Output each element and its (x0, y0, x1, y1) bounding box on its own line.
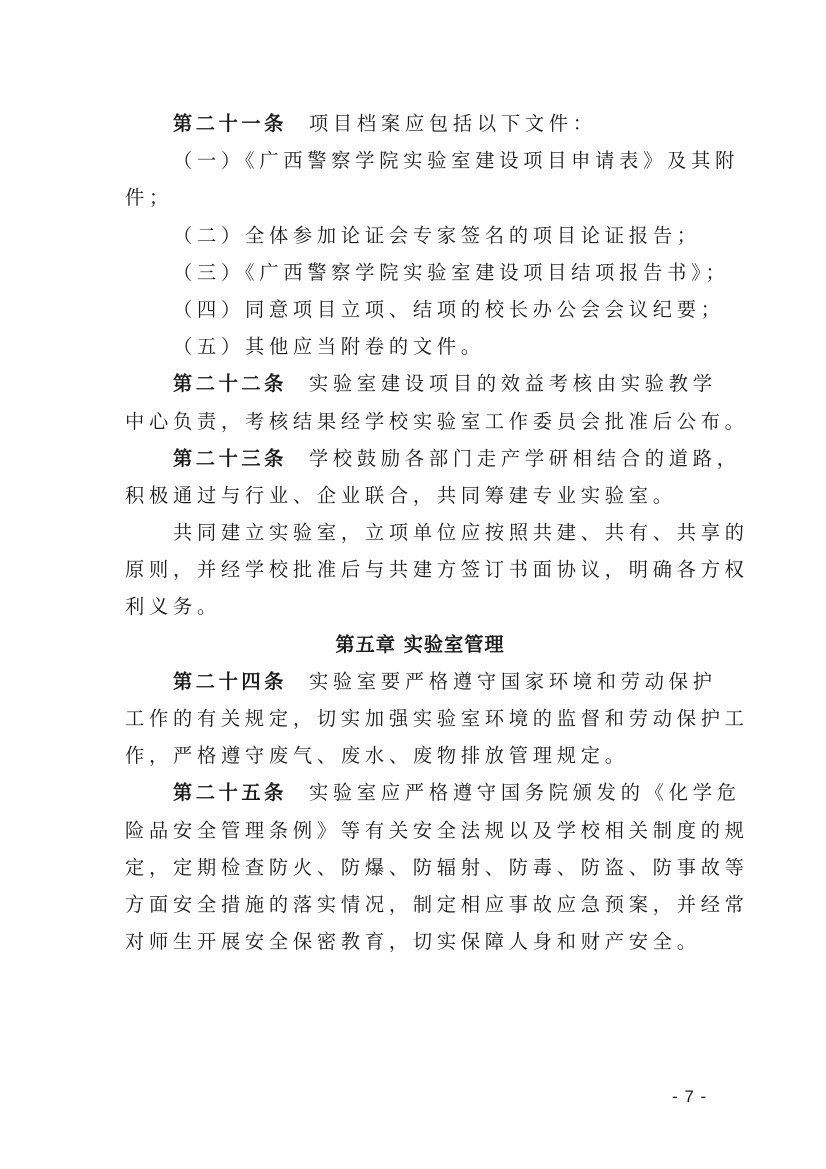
paragraph-line: 对师生开展安全保密教育，切实保障人身和财产安全。 (125, 923, 705, 960)
article-21-heading: 第二十一条项目档案应包括以下文件： (125, 105, 705, 142)
article-text: 学校鼓励各部门走产学研相结合的道路， (309, 447, 741, 470)
page-number: - 7 - (672, 1087, 707, 1107)
paragraph-line: 原则，并经学校批准后与共建方签订书面协议，明确各方权 (125, 551, 705, 588)
article-label: 第二十五条 (173, 781, 287, 804)
paragraph-line: 中心负责，考核结果经学校实验室工作委员会批准后公布。 (125, 403, 705, 440)
paragraph-line: 作，严格遵守废气、废水、废物排放管理规定。 (125, 737, 705, 774)
article-label: 第二十三条 (173, 447, 287, 470)
article-text: 实验室要严格遵守国家环境和劳动保护 (309, 670, 717, 693)
article-text: 项目档案应包括以下文件： (309, 112, 597, 135)
article-label: 第二十四条 (173, 670, 287, 693)
document-page: 第二十一条项目档案应包括以下文件： （一）《广西警察学院实验室建设项目申请表》及… (125, 105, 705, 960)
article-24-heading: 第二十四条实验室要严格遵守国家环境和劳动保护 (125, 663, 705, 700)
list-item: （五）其他应当附卷的文件。 (125, 328, 705, 365)
paragraph-line: 定，定期检查防火、防爆、防辐射、防毒、防盗、防事故等 (125, 849, 705, 886)
article-25-heading: 第二十五条实验室应严格遵守国务院颁发的《化学危 (125, 774, 705, 811)
list-item: （二）全体参加论证会专家签名的项目论证报告； (125, 217, 705, 254)
article-22-heading: 第二十二条实验室建设项目的效益考核由实验教学 (125, 365, 705, 402)
paragraph-line: 共同建立实验室，立项单位应按照共建、共有、共享的 (125, 514, 705, 551)
paragraph-line: 利义务。 (125, 588, 705, 625)
list-item: （三）《广西警察学院实验室建设项目结项报告书》； (125, 254, 705, 291)
list-item-continuation: 件； (125, 179, 705, 216)
article-text: 实验室应严格遵守国务院颁发的《化学危 (309, 781, 741, 804)
article-23-heading: 第二十三条学校鼓励各部门走产学研相结合的道路， (125, 440, 705, 477)
paragraph-line: 工作的有关规定，切实加强实验室环境的监督和劳动保护工 (125, 700, 705, 737)
article-text: 实验室建设项目的效益考核由实验教学 (309, 372, 717, 395)
article-label: 第二十一条 (173, 112, 287, 135)
chapter-title: 第五章 实验室管理 (125, 626, 705, 663)
paragraph-line: 方面安全措施的落实情况，制定相应事故应急预案，并经常 (125, 886, 705, 923)
list-item: （四）同意项目立项、结项的校长办公会会议纪要； (125, 291, 705, 328)
list-item: （一）《广西警察学院实验室建设项目申请表》及其附 (125, 142, 705, 179)
paragraph-line: 积极通过与行业、企业联合，共同筹建专业实验室。 (125, 477, 705, 514)
paragraph-line: 险品安全管理条例》等有关安全法规以及学校相关制度的规 (125, 812, 705, 849)
article-label: 第二十二条 (173, 372, 287, 395)
